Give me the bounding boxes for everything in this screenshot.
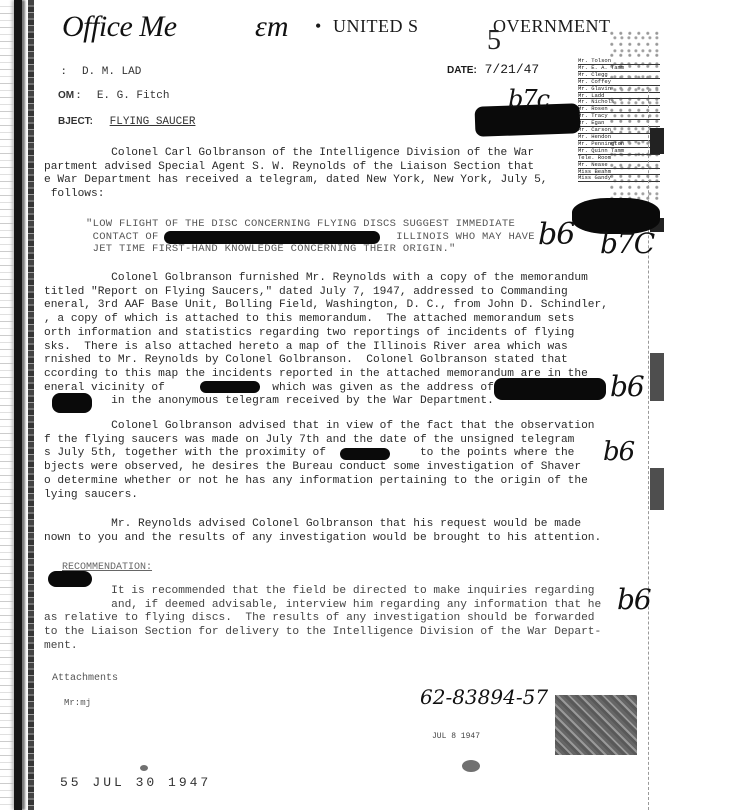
- to-value: D. M. LAD: [82, 66, 141, 78]
- from-label: OM :: [58, 90, 80, 101]
- office-memorandum-title: Office Me: [62, 10, 177, 44]
- text-line: eneral, 3rd AAF Base Unit, Bolling Field…: [44, 299, 644, 313]
- subject-value: FLYING SAUCER: [110, 116, 196, 128]
- text-line: in the anonymous telegram received by th…: [44, 395, 644, 409]
- bottom-left-stamp: 55 JUL 30 1947: [60, 775, 211, 790]
- to-label: :: [62, 66, 65, 77]
- text-line: It is recommended that the field be dire…: [44, 585, 644, 599]
- text-line: ment.: [44, 640, 644, 654]
- text-line: sks. There is also attached hereto a map…: [44, 341, 644, 355]
- text-line: f the flying saucers was made on July 7t…: [44, 434, 644, 448]
- text-line: orth information and statistics regardin…: [44, 327, 644, 341]
- text-line: Colonel Carl Golbranson of the Intellige…: [44, 147, 644, 161]
- text-line: rnished to Mr. Reynolds by Colonel Golbr…: [44, 354, 644, 368]
- quote-line: "LOW FLIGHT OF THE DISC CONCERNING FLYIN…: [86, 218, 606, 231]
- text-line: partment advised Special Agent S. W. Rey…: [44, 161, 644, 175]
- text-line: s July 5th, together with the proximity …: [44, 447, 644, 461]
- stamp-date: JUL 8 1947: [432, 732, 480, 741]
- recommendation-heading: RECOMMENDATION:: [62, 562, 152, 573]
- handwritten-b7c-top: b7c: [508, 85, 549, 113]
- government-label: OVERNMENT: [493, 16, 611, 37]
- right-page-edge: [648, 90, 659, 810]
- text-line: bjects were observed, he desires the Bur…: [44, 461, 644, 475]
- handwritten-b7c-right: b7C: [600, 227, 654, 260]
- text-line: eneral vicinity of which was given as th…: [44, 382, 644, 396]
- quote-line: CONTACT OF ILLINOIS WHO MAY HAVE: [86, 231, 606, 244]
- text-line: as relative to flying discs. The results…: [44, 612, 644, 626]
- scan-artifact: [650, 128, 664, 154]
- office-memorandum-title-tail: ɛm: [255, 10, 289, 44]
- quote-line: JET TIME FIRST-HAND KNOWLEDGE CONCERNING…: [86, 243, 606, 256]
- text-line: to the Liaison Section for delivery to t…: [44, 626, 644, 640]
- from-value: E. G. Fitch: [97, 90, 170, 102]
- routing-entry: Mr. E. A. Tamm: [578, 65, 660, 72]
- subject-line: BJECT: FLYING SAUCER: [58, 116, 195, 128]
- page-stamp-number: 5: [487, 25, 501, 57]
- binding-edge-inner: [28, 0, 34, 810]
- header-separator: •: [315, 16, 321, 37]
- text-line: titled "Report on Flying Saucers," dated…: [44, 286, 644, 300]
- binding-edge: [14, 0, 22, 810]
- routing-entry: Mr. Coffey: [578, 79, 660, 86]
- recommendation-paragraph: It is recommended that the field be dire…: [44, 585, 644, 654]
- telegram-quote: "LOW FLIGHT OF THE DISC CONCERNING FLYIN…: [86, 218, 606, 256]
- text-line: o determine whether or not he has any in…: [44, 475, 644, 489]
- date-line: DATE: 7/21/47: [447, 62, 539, 77]
- text-line: , a copy of which is attached to this me…: [44, 313, 644, 327]
- paragraph-1: Colonel Carl Golbranson of the Intellige…: [44, 147, 644, 202]
- united-states-label: UNITED S: [333, 16, 419, 37]
- paragraph-4: Mr. Reynolds advised Colonel Golbranson …: [44, 518, 644, 545]
- text-line: lying saucers.: [44, 489, 644, 503]
- text-line: follows:: [44, 188, 644, 202]
- from-line: OM : E. G. Fitch: [58, 90, 169, 102]
- text-line: ccording to this map the incidents repor…: [44, 368, 644, 382]
- scan-artifact: [650, 353, 664, 401]
- text-line: Colonel Golbranson furnished Mr. Reynold…: [44, 272, 644, 286]
- recorded-stamp: [555, 695, 637, 755]
- scan-smudge: [462, 760, 480, 772]
- paragraph-2: Colonel Golbranson furnished Mr. Reynold…: [44, 272, 644, 409]
- routing-entry: Mr. Clegg: [578, 72, 660, 79]
- attachments-label: Attachments: [52, 673, 118, 684]
- scan-edge-speckle: [0, 0, 14, 810]
- subject-label: BJECT:: [58, 116, 93, 127]
- date-value: 7/21/47: [485, 62, 540, 77]
- date-label: DATE:: [447, 65, 477, 76]
- text-line: Colonel Golbranson advised that in view …: [44, 420, 644, 434]
- typist-initials: Mr:mj: [64, 698, 91, 708]
- scan-artifact: [650, 468, 664, 510]
- paragraph-3: Colonel Golbranson advised that in view …: [44, 420, 644, 502]
- text-line: e War Department has received a telegram…: [44, 174, 644, 188]
- scan-smudge: [140, 765, 148, 771]
- text-line: and, if deemed advisable, interview him …: [44, 599, 644, 613]
- routing-entry: Mr. Tolson: [578, 58, 660, 65]
- handwritten-file-number: 62-83894-57: [420, 685, 548, 709]
- to-line: : D. M. LAD: [62, 66, 141, 78]
- text-line: nown to you and the results of any inves…: [44, 532, 644, 546]
- text-line: Mr. Reynolds advised Colonel Golbranson …: [44, 518, 644, 532]
